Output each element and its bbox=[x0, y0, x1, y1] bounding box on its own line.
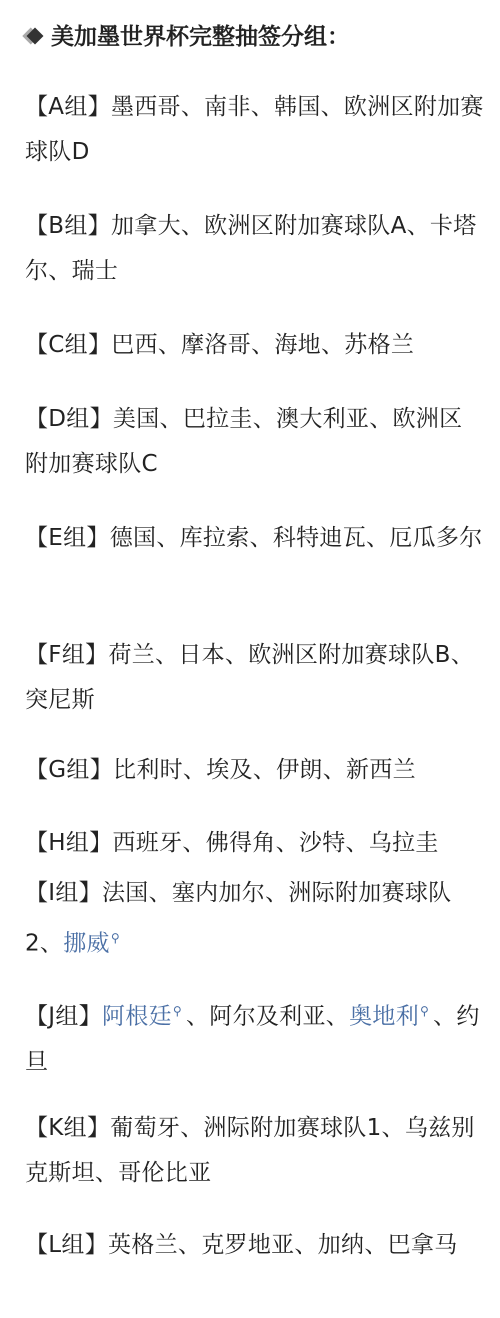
group-teams: 、阿尔及利亚、 bbox=[186, 1004, 349, 1030]
group-j: 【J组】阿根廷⚲、阿尔及利亚、奥地利⚲、约旦 bbox=[25, 989, 485, 1085]
group-label: 【J组】 bbox=[25, 1004, 102, 1030]
title-text: 美加墨世界杯完整抽签分组： bbox=[51, 24, 350, 50]
group-l: 【L组】英格兰、克罗地亚、加纳、巴拿马 bbox=[25, 1223, 485, 1268]
team-link-argentina[interactable]: 阿根廷 bbox=[102, 1004, 172, 1030]
team-link-austria[interactable]: 奥地利 bbox=[349, 1004, 419, 1030]
group-label: 【C组】 bbox=[25, 332, 111, 358]
group-teams: 巴西、摩洛哥、海地、苏格兰 bbox=[111, 332, 414, 358]
group-label: 【G组】 bbox=[25, 757, 113, 783]
search-icon[interactable]: ⚲ bbox=[173, 1004, 182, 1018]
group-teams: 德国、库拉索、科特迪瓦、厄瓜多尔 bbox=[110, 525, 483, 551]
search-icon[interactable]: ⚲ bbox=[420, 1004, 429, 1018]
group-teams: 比利时、埃及、伊朗、新西兰 bbox=[113, 757, 416, 783]
group-h: 【H组】西班牙、佛得角、沙特、乌拉圭 bbox=[25, 821, 485, 866]
team-link-norway[interactable]: 挪威 bbox=[63, 931, 110, 957]
group-label: 【F组】 bbox=[25, 642, 108, 668]
group-label: 【A组】 bbox=[25, 94, 111, 120]
group-label: 【I组】 bbox=[25, 880, 102, 906]
group-f: 【F组】荷兰、日本、欧洲区附加赛球队B、突尼斯 bbox=[25, 633, 485, 723]
page-title: 美加墨世界杯完整抽签分组： bbox=[25, 20, 350, 54]
group-label: 【K组】 bbox=[25, 1115, 110, 1141]
group-b: 【B组】加拿大、欧洲区附加赛球队A、卡塔尔、瑞士 bbox=[25, 204, 485, 294]
group-label: 【D组】 bbox=[25, 406, 113, 432]
group-label: 【L组】 bbox=[25, 1232, 108, 1258]
search-icon[interactable]: ⚲ bbox=[111, 931, 120, 945]
group-g: 【G组】比利时、埃及、伊朗、新西兰 bbox=[25, 748, 485, 793]
group-label: 【B组】 bbox=[25, 213, 111, 239]
group-k: 【K组】葡萄牙、洲际附加赛球队1、乌兹别克斯坦、哥伦比亚 bbox=[25, 1106, 485, 1196]
group-i: 【I组】法国、塞内加尔、洲际附加赛球队2、挪威⚲ bbox=[25, 871, 485, 967]
group-d: 【D组】美国、巴拉圭、澳大利亚、欧洲区附加赛球队C bbox=[25, 397, 485, 487]
group-label: 【H组】 bbox=[25, 830, 113, 856]
group-label: 【E组】 bbox=[25, 525, 110, 551]
group-c: 【C组】巴西、摩洛哥、海地、苏格兰 bbox=[25, 323, 485, 368]
group-e: 【E组】德国、库拉索、科特迪瓦、厄瓜多尔 bbox=[25, 516, 485, 561]
group-teams: 西班牙、佛得角、沙特、乌拉圭 bbox=[113, 830, 439, 856]
group-a: 【A组】墨西哥、南非、韩国、欧洲区附加赛球队D bbox=[25, 85, 485, 175]
group-teams: 英格兰、克罗地亚、加纳、巴拿马 bbox=[108, 1232, 458, 1258]
diamond-bullet-icon bbox=[27, 28, 44, 45]
